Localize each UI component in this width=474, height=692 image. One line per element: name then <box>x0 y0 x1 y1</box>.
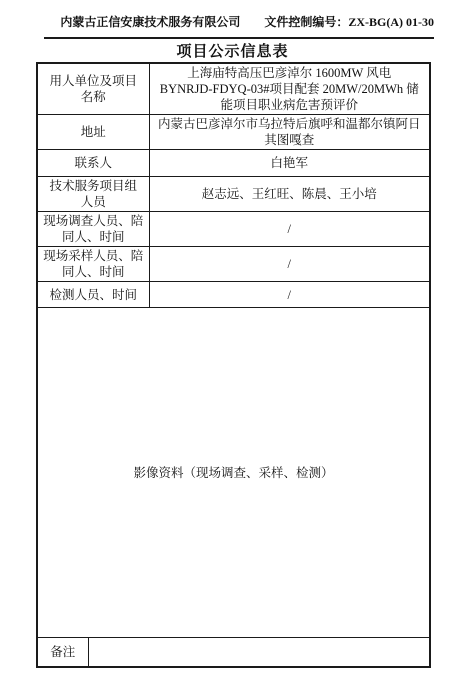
inspection-label: 检测人员、时间 <box>37 282 149 308</box>
info-table: 用人单位及项目 名称 上海庙特高压巴彦淖尔 1600MW 风电 BYNRJD-F… <box>36 62 431 668</box>
employer-project-label: 用人单位及项目 名称 <box>37 63 149 115</box>
document-header: 内蒙古正信安康技术服务有限公司 文件控制编号：ZX-BG(A) 01-30 <box>44 13 434 30</box>
table-row-media: 影像资料（现场调查、采样、检测） <box>37 308 430 638</box>
table-row-employer: 用人单位及项目 名称 上海庙特高压巴彦淖尔 1600MW 风电 BYNRJD-F… <box>37 63 430 115</box>
service-team-value: 赵志远、王红旺、陈晨、王小培 <box>149 177 430 212</box>
sampling-value: / <box>149 247 430 282</box>
doc-control-number: 文件控制编号：ZX-BG(A) 01-30 <box>264 13 434 30</box>
service-team-label: 技术服务项目组 人员 <box>37 177 149 212</box>
table-row-service-team: 技术服务项目组 人员 赵志远、王红旺、陈晨、王小培 <box>37 177 430 212</box>
remarks-label: 备注 <box>37 638 88 667</box>
contact-label: 联系人 <box>37 150 149 177</box>
address-label: 地址 <box>37 115 149 150</box>
table-row-remarks: 备注 <box>37 638 430 667</box>
header-rule <box>44 37 434 39</box>
address-value: 内蒙古巴彦淖尔市乌拉特后旗呼和温都尔镇阿日 其图嘎查 <box>149 115 430 150</box>
contact-value: 白艳军 <box>149 150 430 177</box>
page-title: 项目公示信息表 <box>36 40 429 61</box>
site-survey-value: / <box>149 212 430 247</box>
remarks-value <box>88 638 430 667</box>
table-row-sampling: 现场采样人员、陪 同人、时间 / <box>37 247 430 282</box>
sampling-label: 现场采样人员、陪 同人、时间 <box>37 247 149 282</box>
company-name: 内蒙古正信安康技术服务有限公司 <box>60 13 240 30</box>
media-section-label: 影像资料（现场调查、采样、检测） <box>37 308 430 638</box>
table-row-site-survey: 现场调查人员、陪 同人、时间 / <box>37 212 430 247</box>
table-row-address: 地址 内蒙古巴彦淖尔市乌拉特后旗呼和温都尔镇阿日 其图嘎查 <box>37 115 430 150</box>
document-page: 内蒙古正信安康技术服务有限公司 文件控制编号：ZX-BG(A) 01-30 项目… <box>0 0 474 692</box>
site-survey-label: 现场调查人员、陪 同人、时间 <box>37 212 149 247</box>
inspection-value: / <box>149 282 430 308</box>
employer-project-value: 上海庙特高压巴彦淖尔 1600MW 风电 BYNRJD-FDYQ-03#项目配套… <box>149 63 430 115</box>
table-row-contact: 联系人 白艳军 <box>37 150 430 177</box>
table-row-inspection: 检测人员、时间 / <box>37 282 430 308</box>
